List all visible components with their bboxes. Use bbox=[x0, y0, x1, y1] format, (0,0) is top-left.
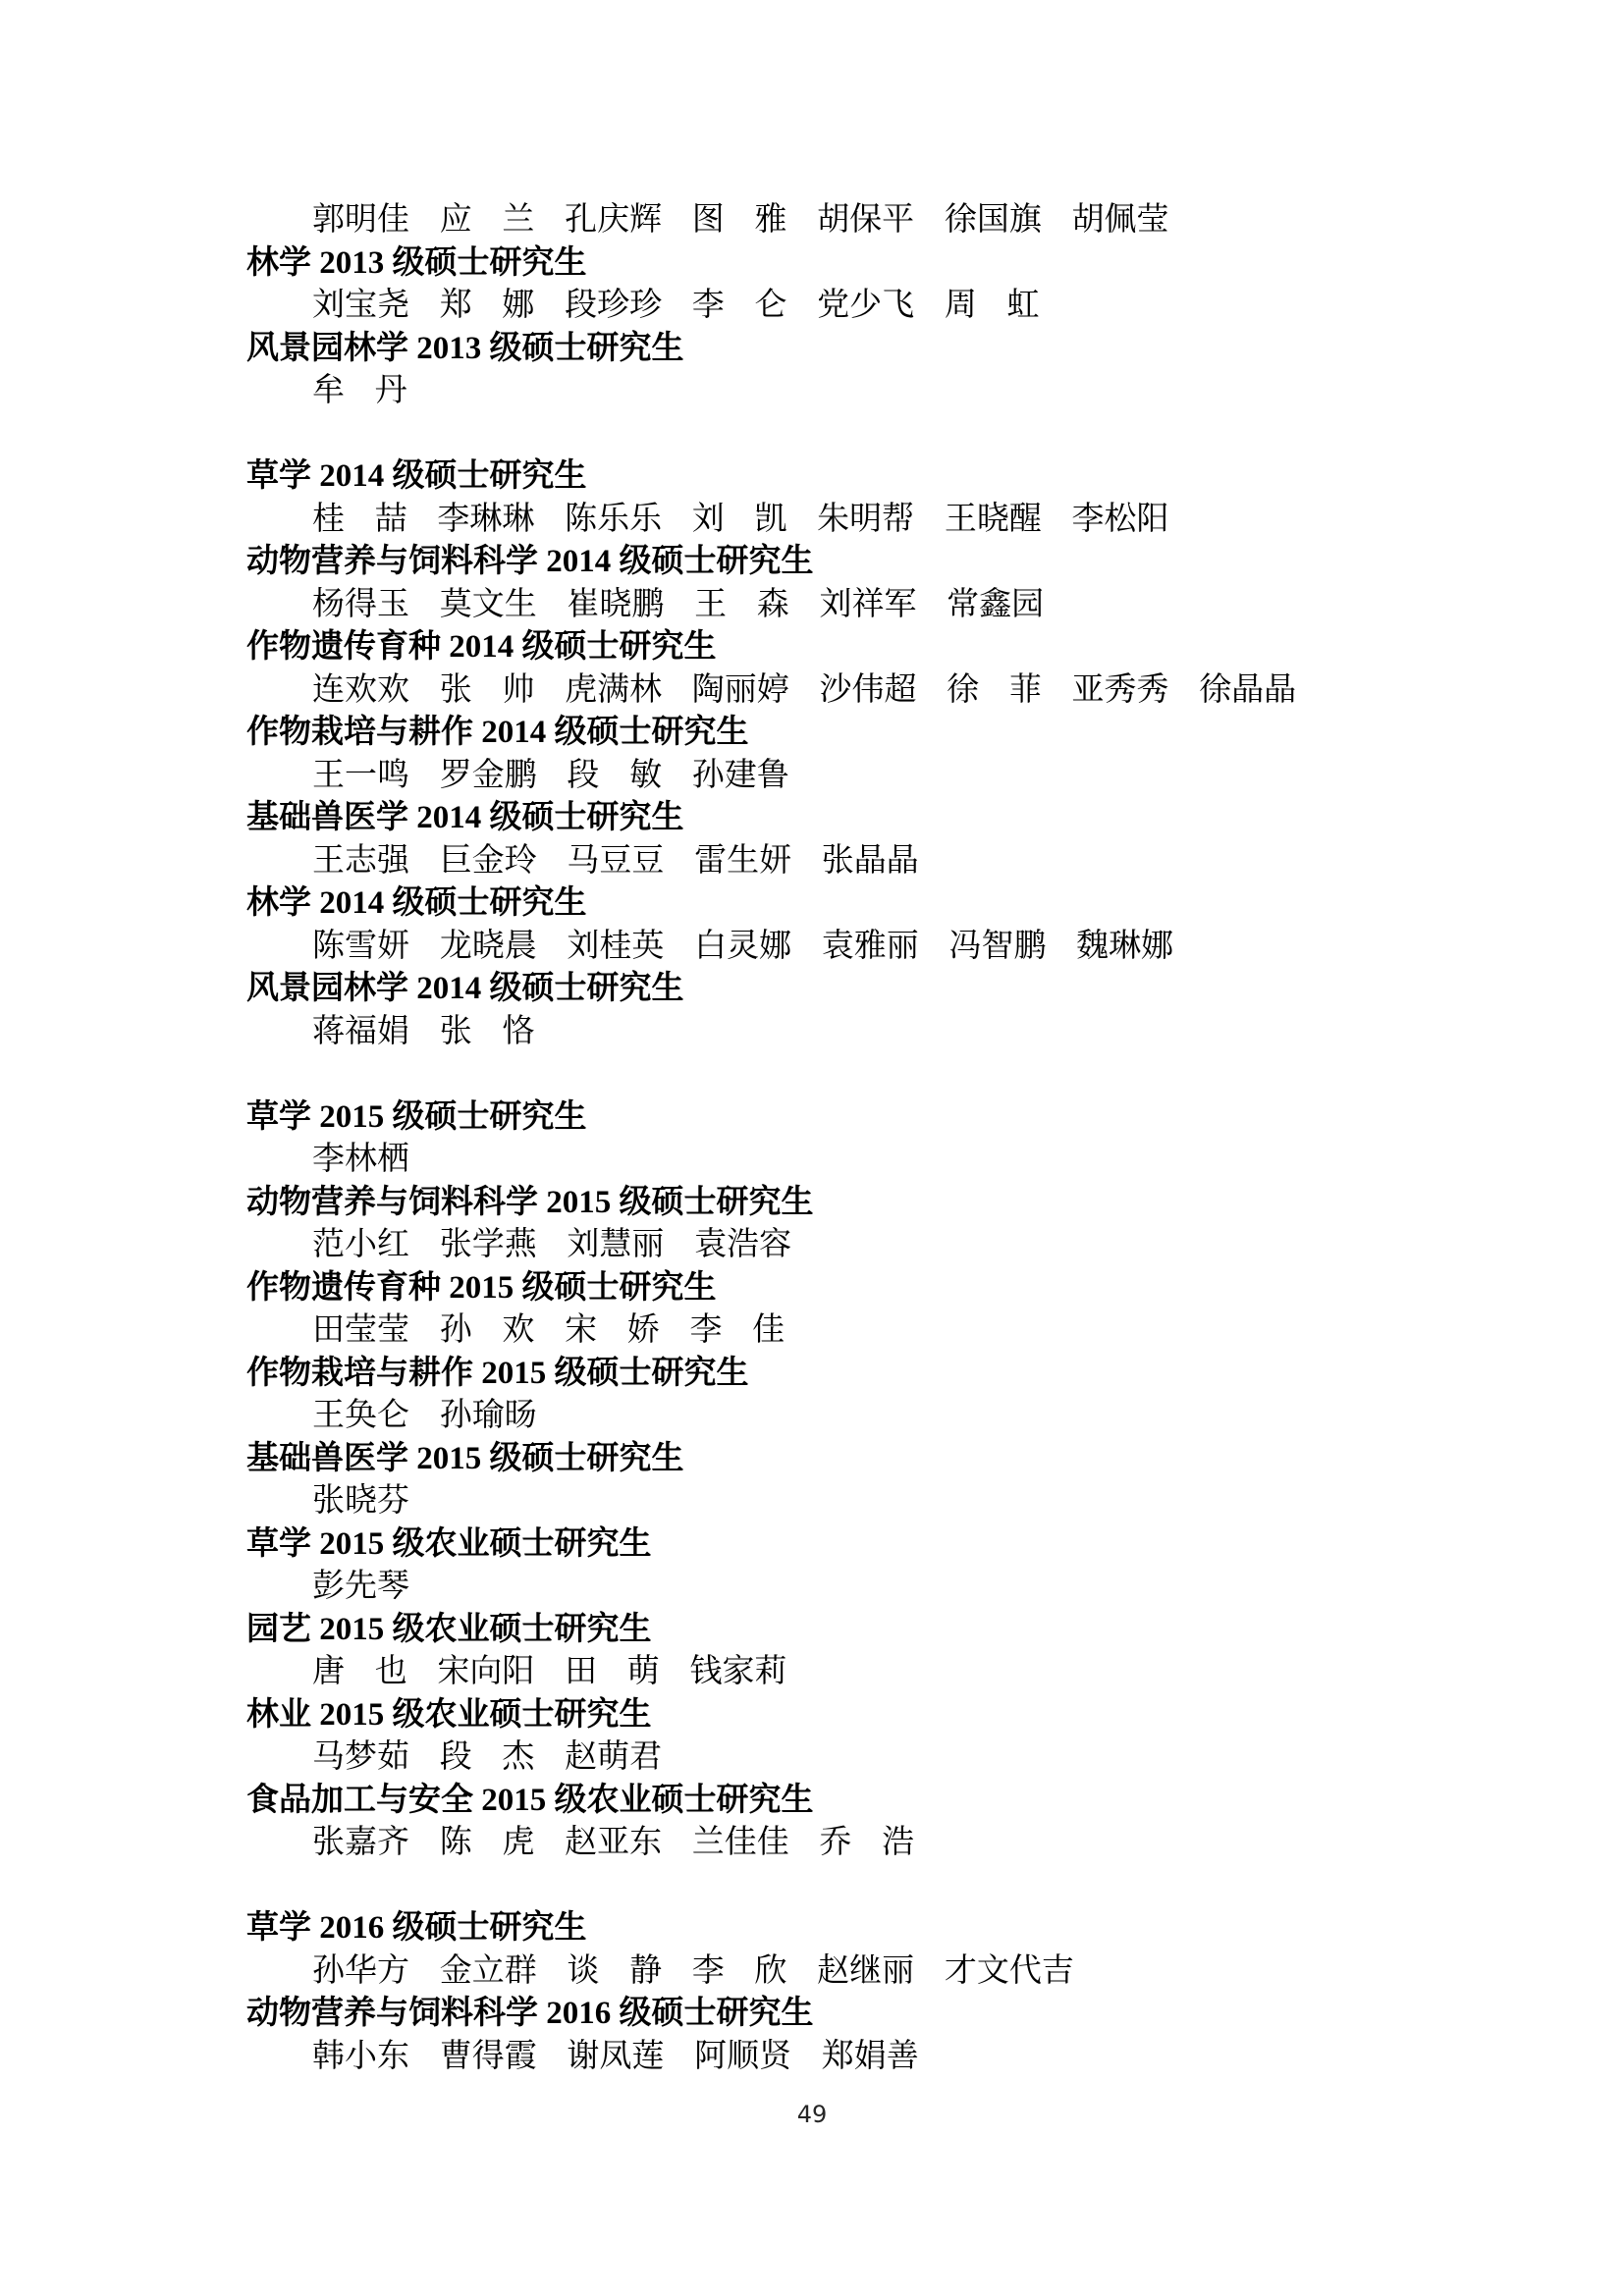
student-name: 党少飞 bbox=[817, 285, 914, 328]
student-name: 徐晶晶 bbox=[1199, 669, 1296, 713]
student-name: 陈 bbox=[440, 1822, 472, 1865]
student-name: 连欢欢 bbox=[312, 669, 409, 713]
student-name: 马豆豆 bbox=[567, 840, 664, 883]
student-name: 段珍珍 bbox=[565, 285, 662, 328]
student-name: 娜 bbox=[502, 285, 534, 328]
student-name: 李 bbox=[692, 1950, 725, 1994]
names-line: 刘宝尧郑娜段珍珍李仑党少飞周虹 bbox=[246, 285, 1565, 328]
names-line: 蒋福娟张恪 bbox=[246, 1011, 1565, 1054]
program-heading: 林学 2013 级硕士研究生 bbox=[246, 242, 1565, 286]
names-line: 王一鸣罗金鹏段敏孙建鲁 bbox=[246, 755, 1565, 798]
student-name: 唐 bbox=[312, 1651, 345, 1694]
program-heading: 作物遗传育种 2015 级硕士研究生 bbox=[246, 1267, 1565, 1310]
student-name: 马梦茹 bbox=[312, 1736, 409, 1780]
student-name: 袁浩容 bbox=[694, 1224, 791, 1267]
student-name: 曹得霞 bbox=[440, 2036, 537, 2079]
names-line: 牟丹 bbox=[246, 370, 1565, 413]
student-name: 欢 bbox=[502, 1309, 534, 1353]
student-name: 李松阳 bbox=[1072, 499, 1169, 542]
names-line: 范小红张学燕刘慧丽袁浩容 bbox=[246, 1224, 1565, 1267]
student-name: 刘慧丽 bbox=[567, 1224, 664, 1267]
student-name: 范小红 bbox=[312, 1224, 409, 1267]
program-heading: 基础兽医学 2014 级硕士研究生 bbox=[246, 797, 1565, 840]
student-name: 刘桂英 bbox=[567, 926, 664, 969]
student-name: 孙华方 bbox=[312, 1950, 409, 1994]
student-name: 郑娟善 bbox=[822, 2036, 919, 2079]
student-name: 佳 bbox=[752, 1309, 785, 1353]
document-page: 郭明佳应兰孔庆辉图雅胡保平徐国旗胡佩莹林学 2013 级硕士研究生刘宝尧郑娜段珍… bbox=[0, 0, 1624, 2296]
student-name: 王志强 bbox=[312, 840, 409, 883]
names-line: 韩小东曹得霞谢凤莲阿顺贤郑娟善 bbox=[246, 2036, 1565, 2079]
student-name: 杨得玉 bbox=[312, 584, 409, 627]
student-name: 牟 bbox=[312, 370, 345, 413]
student-name: 魏琳娜 bbox=[1076, 926, 1173, 969]
student-name: 金立群 bbox=[440, 1950, 537, 1994]
student-name: 段 bbox=[567, 755, 599, 798]
program-heading: 动物营养与饲料科学 2016 级硕士研究生 bbox=[246, 1993, 1565, 2036]
student-name: 李 bbox=[692, 285, 725, 328]
program-heading: 作物栽培与耕作 2015 级硕士研究生 bbox=[246, 1353, 1565, 1396]
student-name: 刘宝尧 bbox=[312, 285, 409, 328]
student-name: 崔晓鹏 bbox=[567, 584, 664, 627]
program-heading: 草学 2014 级硕士研究生 bbox=[246, 455, 1565, 499]
student-name: 王晓醒 bbox=[945, 499, 1042, 542]
student-name: 宋向阳 bbox=[437, 1651, 534, 1694]
student-name: 丹 bbox=[375, 370, 407, 413]
student-name: 菲 bbox=[1009, 669, 1042, 713]
student-name: 周 bbox=[945, 285, 977, 328]
program-heading: 林业 2015 级农业硕士研究生 bbox=[246, 1694, 1565, 1737]
student-name: 朱明帮 bbox=[817, 499, 914, 542]
student-name: 莫文生 bbox=[440, 584, 537, 627]
student-name: 冯智鹏 bbox=[948, 926, 1046, 969]
student-name: 罗金鹏 bbox=[440, 755, 537, 798]
names-line: 杨得玉莫文生崔晓鹏王森刘祥军常鑫园 bbox=[246, 584, 1565, 627]
names-line: 王奂仑孙瑜旸 bbox=[246, 1395, 1565, 1438]
student-name: 李琳琳 bbox=[437, 499, 534, 542]
blank-line bbox=[246, 1865, 1565, 1908]
names-line: 张嘉齐陈虎赵亚东兰佳佳乔浩 bbox=[246, 1822, 1565, 1865]
student-name: 孙瑜旸 bbox=[440, 1395, 537, 1438]
student-name: 乔 bbox=[819, 1822, 851, 1865]
student-name: 阿顺贤 bbox=[694, 2036, 791, 2079]
student-list: 郭明佳应兰孔庆辉图雅胡保平徐国旗胡佩莹林学 2013 级硕士研究生刘宝尧郑娜段珍… bbox=[246, 199, 1565, 2078]
student-name: 王奂仑 bbox=[312, 1395, 409, 1438]
student-name: 杰 bbox=[502, 1736, 534, 1780]
student-name: 王一鸣 bbox=[312, 755, 409, 798]
student-name: 雅 bbox=[754, 199, 786, 242]
program-heading: 动物营养与饲料科学 2014 级硕士研究生 bbox=[246, 541, 1565, 584]
student-name: 徐国旗 bbox=[945, 199, 1042, 242]
student-name: 刘 bbox=[692, 499, 725, 542]
student-name: 张晓芬 bbox=[312, 1480, 409, 1523]
names-line: 王志强巨金玲马豆豆雷生妍张晶晶 bbox=[246, 840, 1565, 883]
student-name: 韩小东 bbox=[312, 2036, 409, 2079]
student-name: 彭先琴 bbox=[312, 1566, 409, 1609]
names-line: 张晓芬 bbox=[246, 1480, 1565, 1523]
program-heading: 草学 2015 级硕士研究生 bbox=[246, 1096, 1565, 1140]
student-name: 才文代吉 bbox=[945, 1950, 1074, 1994]
student-name: 恪 bbox=[502, 1011, 534, 1054]
student-name: 亚秀秀 bbox=[1072, 669, 1169, 713]
names-line: 孙华方金立群谈静李欣赵继丽才文代吉 bbox=[246, 1950, 1565, 1994]
student-name: 虎满林 bbox=[565, 669, 662, 713]
program-heading: 风景园林学 2013 级硕士研究生 bbox=[246, 328, 1565, 371]
page-number: 49 bbox=[0, 2101, 1624, 2128]
program-heading: 林学 2014 级硕士研究生 bbox=[246, 882, 1565, 926]
student-name: 胡保平 bbox=[817, 199, 914, 242]
student-name: 张嘉齐 bbox=[312, 1822, 409, 1865]
program-heading: 食品加工与安全 2015 级农业硕士研究生 bbox=[246, 1780, 1565, 1823]
program-heading: 作物栽培与耕作 2014 级硕士研究生 bbox=[246, 712, 1565, 755]
student-name: 常鑫园 bbox=[947, 584, 1044, 627]
student-name: 浩 bbox=[882, 1822, 914, 1865]
student-name: 敏 bbox=[629, 755, 662, 798]
student-name: 兰 bbox=[502, 199, 534, 242]
student-name: 钱家莉 bbox=[689, 1651, 786, 1694]
student-name: 陶丽婷 bbox=[692, 669, 789, 713]
blank-line bbox=[246, 1053, 1565, 1096]
program-heading: 风景园林学 2014 级硕士研究生 bbox=[246, 968, 1565, 1011]
student-name: 张 bbox=[440, 1011, 472, 1054]
student-name: 赵继丽 bbox=[817, 1950, 914, 1994]
student-name: 虹 bbox=[1007, 285, 1040, 328]
names-line: 郭明佳应兰孔庆辉图雅胡保平徐国旗胡佩莹 bbox=[246, 199, 1565, 242]
student-name: 蒋福娟 bbox=[312, 1011, 409, 1054]
student-name: 赵亚东 bbox=[565, 1822, 662, 1865]
student-name: 李 bbox=[689, 1309, 722, 1353]
student-name: 赵萌君 bbox=[565, 1736, 662, 1780]
names-line: 连欢欢张帅虎满林陶丽婷沙伟超徐菲亚秀秀徐晶晶 bbox=[246, 669, 1565, 713]
student-name: 谈 bbox=[567, 1950, 599, 1994]
student-name: 仑 bbox=[754, 285, 786, 328]
student-name: 森 bbox=[757, 584, 789, 627]
student-name: 陈雪妍 bbox=[312, 926, 409, 969]
names-line: 桂喆李琳琳陈乐乐刘凯朱明帮王晓醒李松阳 bbox=[246, 499, 1565, 542]
student-name: 巨金玲 bbox=[440, 840, 537, 883]
student-name: 应 bbox=[440, 199, 472, 242]
student-name: 虎 bbox=[502, 1822, 534, 1865]
program-heading: 草学 2016 级硕士研究生 bbox=[246, 1907, 1565, 1950]
student-name: 李林栖 bbox=[312, 1139, 409, 1182]
student-name: 孔庆辉 bbox=[565, 199, 662, 242]
student-name: 王 bbox=[694, 584, 727, 627]
blank-line bbox=[246, 413, 1565, 456]
names-line: 李林栖 bbox=[246, 1139, 1565, 1182]
student-name: 白灵娜 bbox=[694, 926, 791, 969]
student-name: 凯 bbox=[754, 499, 786, 542]
student-name: 孙 bbox=[440, 1309, 472, 1353]
student-name: 徐 bbox=[947, 669, 979, 713]
student-name: 张晶晶 bbox=[822, 840, 919, 883]
program-heading: 动物营养与饲料科学 2015 级硕士研究生 bbox=[246, 1182, 1565, 1225]
student-name: 刘祥军 bbox=[819, 584, 916, 627]
student-name: 孙建鲁 bbox=[692, 755, 789, 798]
student-name: 张 bbox=[440, 669, 472, 713]
names-line: 田莹莹孙欢宋娇李佳 bbox=[246, 1309, 1565, 1353]
student-name: 萌 bbox=[627, 1651, 660, 1694]
student-name: 段 bbox=[440, 1736, 472, 1780]
student-name: 谢凤莲 bbox=[567, 2036, 664, 2079]
student-name: 胡佩莹 bbox=[1072, 199, 1169, 242]
names-line: 马梦茹段杰赵萌君 bbox=[246, 1736, 1565, 1780]
student-name: 田 bbox=[565, 1651, 597, 1694]
student-name: 静 bbox=[629, 1950, 662, 1994]
program-heading: 园艺 2015 级农业硕士研究生 bbox=[246, 1609, 1565, 1652]
student-name: 郑 bbox=[440, 285, 472, 328]
student-name: 图 bbox=[692, 199, 725, 242]
program-heading: 草学 2015 级农业硕士研究生 bbox=[246, 1523, 1565, 1567]
student-name: 雷生妍 bbox=[694, 840, 791, 883]
student-name: 陈乐乐 bbox=[565, 499, 662, 542]
student-name: 袁雅丽 bbox=[822, 926, 919, 969]
student-name: 喆 bbox=[375, 499, 407, 542]
student-name: 张学燕 bbox=[440, 1224, 537, 1267]
program-heading: 基础兽医学 2015 级硕士研究生 bbox=[246, 1438, 1565, 1481]
names-line: 彭先琴 bbox=[246, 1566, 1565, 1609]
student-name: 桂 bbox=[312, 499, 345, 542]
student-name: 田莹莹 bbox=[312, 1309, 409, 1353]
student-name: 宋 bbox=[565, 1309, 597, 1353]
names-line: 陈雪妍龙晓晨刘桂英白灵娜袁雅丽冯智鹏魏琳娜 bbox=[246, 926, 1565, 969]
student-name: 帅 bbox=[502, 669, 534, 713]
student-name: 兰佳佳 bbox=[692, 1822, 789, 1865]
student-name: 龙晓晨 bbox=[440, 926, 537, 969]
student-name: 沙伟超 bbox=[819, 669, 916, 713]
names-line: 唐也宋向阳田萌钱家莉 bbox=[246, 1651, 1565, 1694]
student-name: 也 bbox=[375, 1651, 407, 1694]
program-heading: 作物遗传育种 2014 级硕士研究生 bbox=[246, 626, 1565, 669]
student-name: 欣 bbox=[754, 1950, 786, 1994]
student-name: 郭明佳 bbox=[312, 199, 409, 242]
student-name: 娇 bbox=[627, 1309, 660, 1353]
